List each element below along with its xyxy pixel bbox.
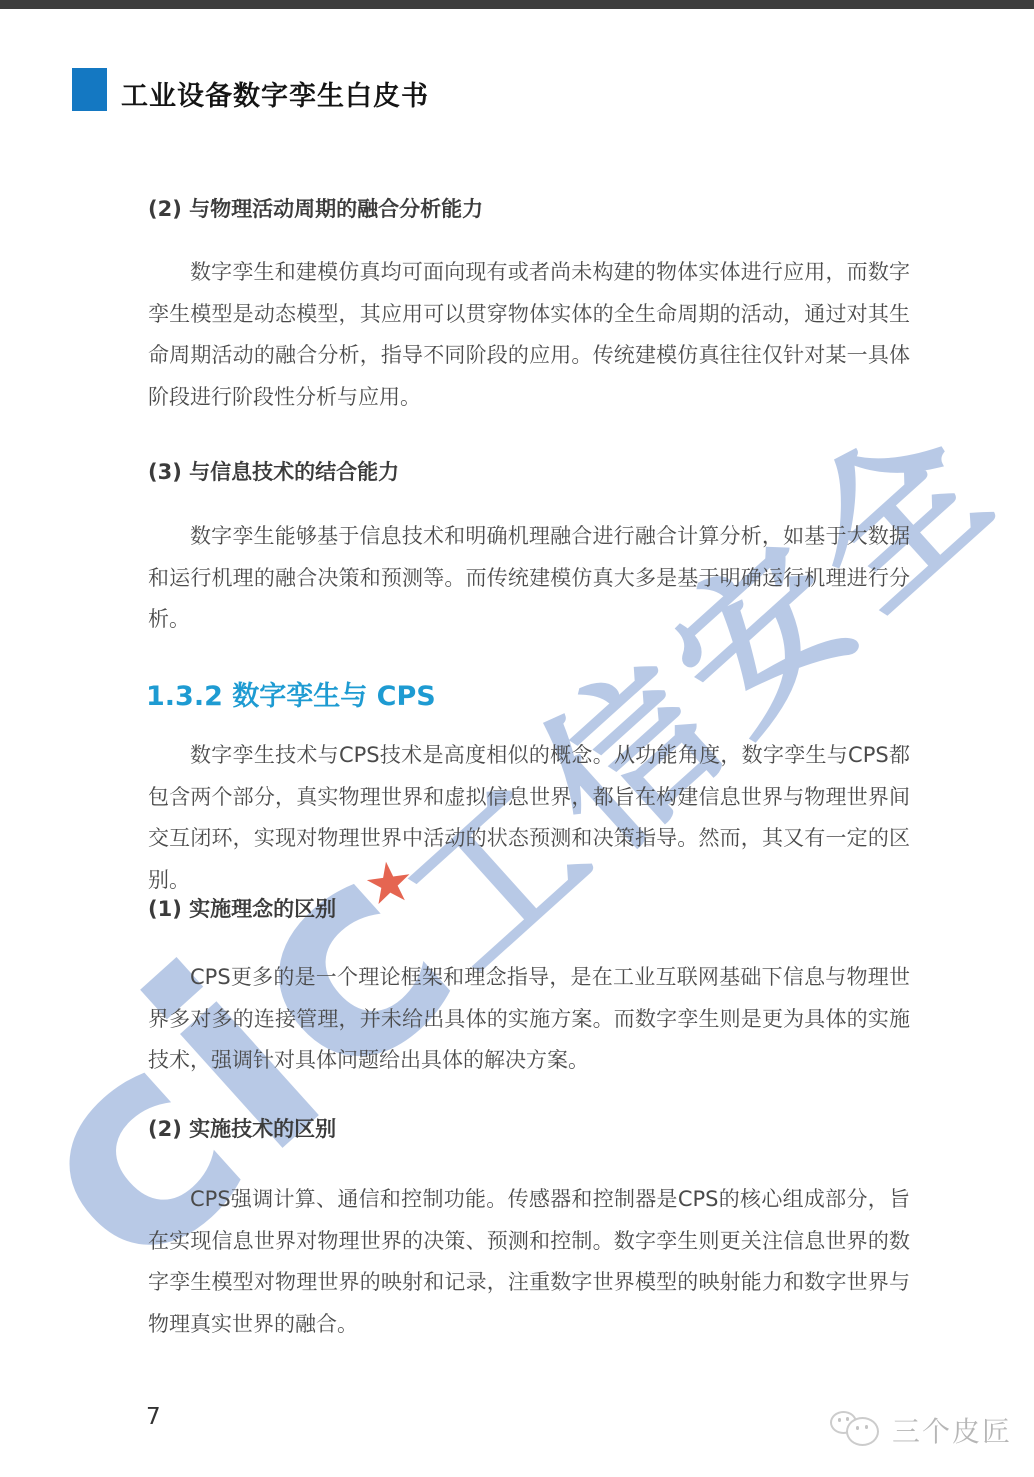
paragraph: 数字孪生和建模仿真均可面向现有或者尚未构建的物体实体进行应用，而数字孪生模型是动… — [148, 252, 910, 418]
page-title: 工业设备数字孪生白皮书 — [121, 74, 429, 113]
brand-label: 三个皮匠 — [892, 1410, 1012, 1450]
section-subheading: (2) 与物理活动周期的融合分析能力 — [148, 193, 483, 223]
bubble-eye-icon — [846, 1417, 850, 1421]
bubble-eye-icon — [865, 1425, 869, 1429]
document-page: cic工信安全 ★ 工业设备数字孪生白皮书 (2) 与物理活动周期的融合分析能力… — [0, 0, 1034, 1477]
section-heading: 1.3.2 数字孪生与 CPS — [146, 674, 436, 713]
paragraph: 数字孪生能够基于信息技术和明确机理融合进行融合计算分析，如基于大数据和运行机理的… — [148, 516, 910, 641]
chat-bubbles-icon — [830, 1408, 884, 1452]
page-number: 7 — [146, 1404, 161, 1430]
section-subheading: (1) 实施理念的区别 — [148, 893, 336, 923]
section-subheading: (3) 与信息技术的结合能力 — [148, 456, 399, 486]
watermark-cjk: 工信安全 — [372, 382, 1033, 1004]
bubble-eye-icon — [856, 1426, 860, 1430]
top-edge-bar — [0, 0, 1034, 9]
brand-footer: 三个皮匠 — [830, 1406, 1012, 1454]
header-accent-square — [72, 68, 107, 111]
paragraph: CPS更多的是一个理论框架和理念指导，是在工业互联网基础下信息与物理世界多对多的… — [148, 957, 910, 1082]
paragraph: 数字孪生技术与CPS技术是高度相似的概念。从功能角度，数字孪生与CPS都包含两个… — [148, 735, 910, 901]
bubble-eye-icon — [838, 1418, 842, 1422]
paragraph: CPS强调计算、通信和控制功能。传感器和控制器是CPS的核心组成部分，旨在实现信… — [148, 1179, 910, 1345]
chat-bubble-large — [846, 1417, 879, 1446]
section-subheading: (2) 实施技术的区别 — [148, 1113, 336, 1143]
